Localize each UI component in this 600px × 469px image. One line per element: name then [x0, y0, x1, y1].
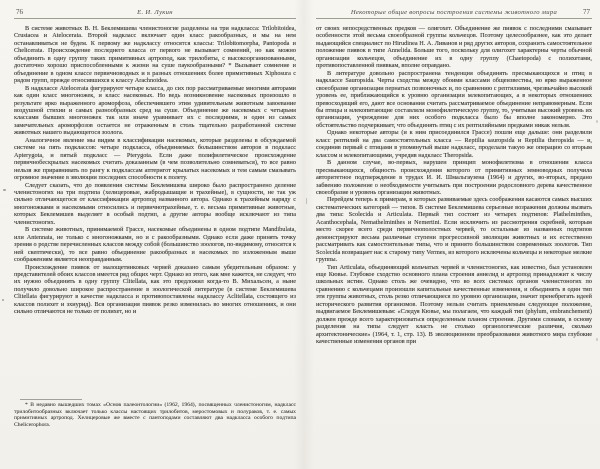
book-spread: 76 Е. И. Лукин В системе животных В. Н. …	[0, 0, 600, 469]
page-number-left: 76	[16, 8, 23, 17]
page-right: Некоторые общие вопросы построения систе…	[316, 0, 592, 457]
page-gutter-shadow	[294, 0, 314, 469]
scan-speck	[3, 189, 6, 191]
running-head-right-text: Некоторые общие вопросы построения систе…	[351, 9, 557, 16]
paragraph: Перейдем теперь к примерам, в которых ра…	[316, 196, 592, 263]
paragraph: В надклассе Atelocerata фигурируют четыр…	[14, 85, 296, 137]
header-rule-right	[316, 18, 592, 19]
scan-speck	[2, 299, 4, 301]
scan-speck	[596, 120, 598, 123]
page-left: 76 Е. И. Лукин В системе животных В. Н. …	[14, 0, 296, 429]
paragraph: Тип Articulata, объединяющий кольчатых ч…	[316, 264, 592, 346]
paragraph: Аналогичное явление мы видим в классифик…	[14, 137, 296, 182]
scan-speck	[306, 198, 307, 204]
paragraph: Следует сказать, что до появления систем…	[14, 182, 296, 227]
paragraph: Происхождение пиявок от малощетинковых ч…	[14, 264, 296, 316]
running-head-left: 76 Е. И. Лукин	[14, 8, 296, 17]
paragraph: В системе животных, принимаемой Грассе, …	[14, 226, 296, 263]
footnote: * В недавно вышедших томах «Основ палеон…	[14, 402, 296, 429]
header-rule-left	[14, 18, 296, 19]
paragraph-continuation: от своих непосредственных предков — олиг…	[316, 25, 592, 70]
page-body-left: В системе животных В. Н. Беклемишева чле…	[14, 25, 296, 395]
scan-speck	[596, 338, 598, 341]
paragraph: В данном случае, во-первых, нарушен прин…	[316, 159, 592, 196]
paragraph: Однако некоторые авторы (и к ним присоед…	[316, 129, 592, 159]
page-body-right: от своих непосредственных предков — олиг…	[316, 25, 592, 457]
footnote-rule	[20, 399, 82, 400]
paragraph: В литературе довольно распространена тен…	[316, 70, 592, 130]
running-head-right: Некоторые общие вопросы построения систе…	[316, 8, 592, 17]
paragraph: В системе животных В. Н. Беклемишева чле…	[14, 25, 296, 85]
page-number-right: 77	[583, 8, 590, 17]
running-head-left-text: Е. И. Лукин	[137, 9, 173, 16]
